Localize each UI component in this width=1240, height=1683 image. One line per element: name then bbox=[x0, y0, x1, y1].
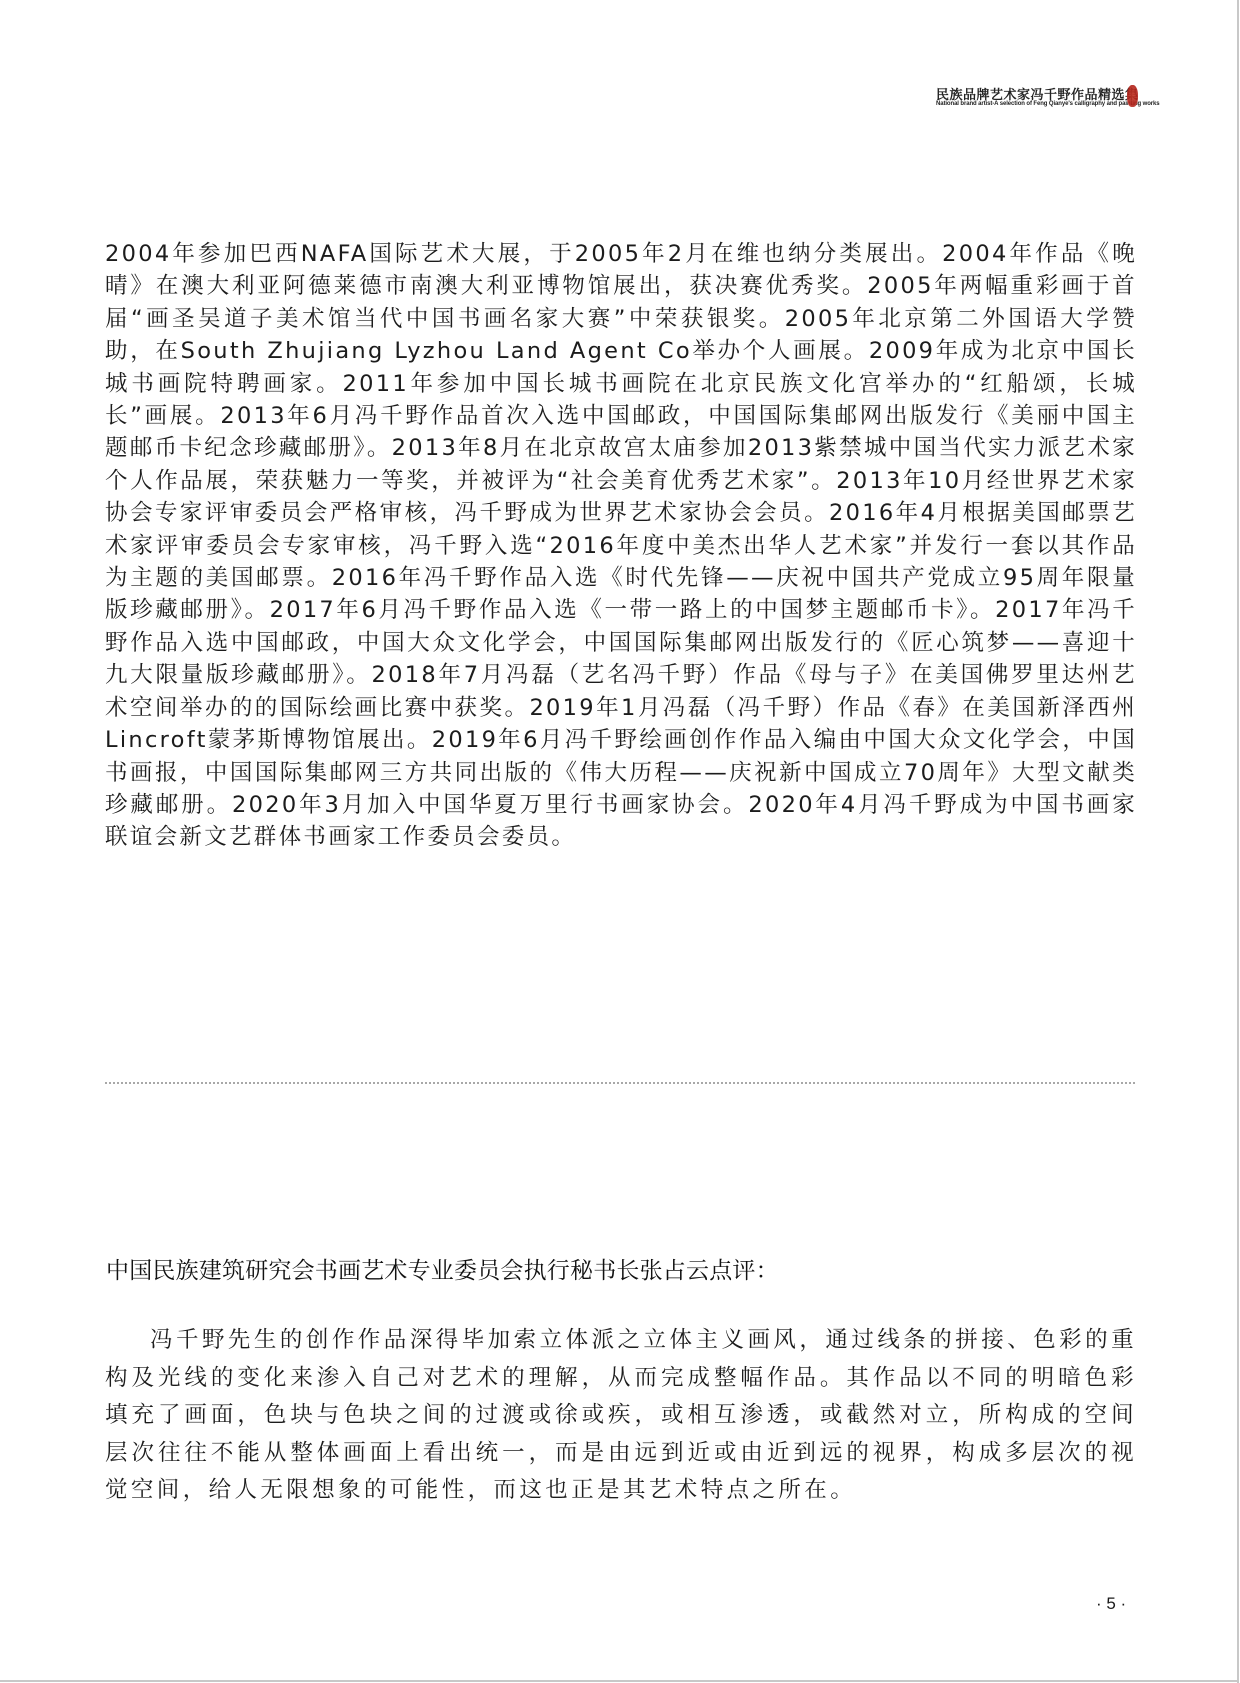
comment-paragraph: 冯千野先生的创作作品深得毕加索立体派之立体主义画风，通过线条的拼接、色彩的重构及… bbox=[105, 1322, 1137, 1510]
page-number: · 5 · bbox=[1096, 1594, 1126, 1614]
running-header: 民族品牌艺术家冯千野作品精选集 National brand artist-A … bbox=[936, 84, 1126, 114]
page-border-bottom bbox=[0, 1680, 1239, 1682]
comment-section: 冯千野先生的创作作品深得毕加索立体派之立体主义画风，通过线条的拼接、色彩的重构及… bbox=[105, 1322, 1137, 1510]
biography-section: 2004年参加巴西NAFA国际艺术大展，于2005年2月在维也纳分类展出。200… bbox=[105, 238, 1137, 854]
biography-paragraph: 2004年参加巴西NAFA国际艺术大展，于2005年2月在维也纳分类展出。200… bbox=[105, 238, 1137, 854]
red-seal-icon bbox=[1127, 85, 1138, 107]
comment-heading: 中国民族建筑研究会书画艺术专业委员会执行秘书长张占云点评： bbox=[106, 1256, 779, 1286]
dotted-divider bbox=[105, 1082, 1135, 1084]
page-border-right bbox=[1237, 0, 1239, 1683]
header-subtitle: National brand artist-A selection of Fen… bbox=[936, 101, 1159, 107]
